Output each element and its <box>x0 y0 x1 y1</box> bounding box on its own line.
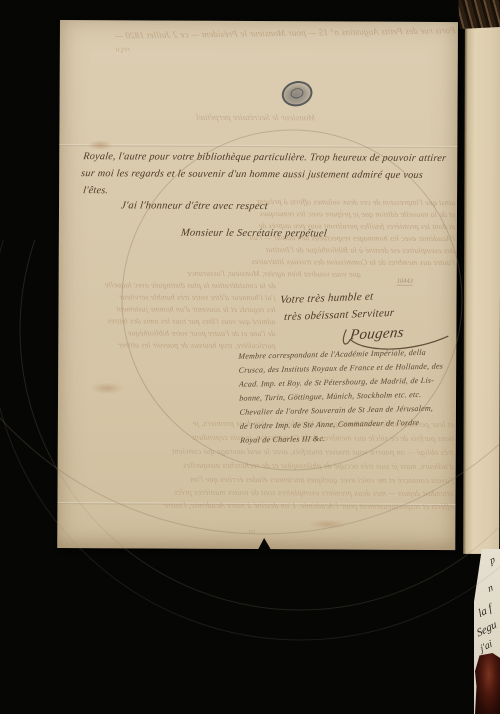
showthrough-addressee-echo: Monsieur le Secrétaire perpétuel <box>157 112 316 123</box>
valediction-line: J'ai l'honneur d'être avec respect <box>120 200 371 212</box>
wax-seal <box>475 653 500 714</box>
signature: Pougens <box>349 322 462 344</box>
fragment-stroke: Segu <box>475 618 498 640</box>
showthrough-line: de l'une et de l'autre pour votre biblio… <box>60 328 276 338</box>
showthrough-line: que vous voudrez bien agréer, Monsieur, … <box>60 268 361 279</box>
showthrough-date-mark: reçu <box>89 44 130 53</box>
manuscript-scan: Paris rue des Petits Augustins n° 15 — p… <box>0 0 500 714</box>
titles-line: Chevalier de l'ordre Souverain de St Jea… <box>239 403 458 417</box>
body-line: Royale, l'autre pour votre bibliothèque … <box>83 151 458 164</box>
showthrough-line: j'avais consacré et me voici avec quelqu… <box>59 474 454 485</box>
showthrough-line: l'autre aux membres de la Commission des… <box>60 256 455 267</box>
showthrough-left-block: ainsi que l'impression de ces deux volum… <box>60 20 458 22</box>
paper-stain <box>87 140 113 150</box>
showthrough-line: attendait depuis — mes deux premiers exe… <box>59 487 454 498</box>
closing-line: Votre très humble et <box>280 287 461 306</box>
archival-number-mark: 10443 <box>397 278 413 286</box>
titles-line: Acad. Imp. et Roy. de St Pétersbourg, de… <box>239 375 458 389</box>
showthrough-line: les regards et le souvenir d'un homme ju… <box>60 304 276 314</box>
fold-crease-upper <box>59 144 457 148</box>
showthrough-line: de la considération la plus distinguée a… <box>60 280 276 290</box>
showthrough-line: des exemplaires est destiné à la Bibliot… <box>60 244 455 255</box>
addressee-line: Monsieur le Secrétaire perpétuel <box>180 228 401 240</box>
titles-line: bonne, Turin, Göttingue, Münich, Stockho… <box>239 389 458 403</box>
titles-line: Crusca, des Instituts Royaux de France e… <box>238 361 457 375</box>
fragment-stroke: la f <box>477 602 493 620</box>
showthrough-line: offerts et respectueusement pour l'Acadé… <box>59 500 454 511</box>
body-line: sur moi les regards et le souvenir d'un … <box>81 168 456 181</box>
paper-stain <box>90 382 124 394</box>
paper-stain <box>307 519 347 529</box>
showthrough-line: très obligé — on pourra vous trouver tou… <box>59 446 454 457</box>
titles-line: Royal de Charles III &c. <box>240 433 361 445</box>
fragment-stroke: j'ai <box>479 638 494 655</box>
showthrough-line: admiré que vous l'êtes par tous les amis… <box>60 316 276 326</box>
showthrough-date-line: Paris rue des Petits Augustins n° 15 — p… <box>84 25 456 41</box>
closing-line: très obéissant Serviteur <box>284 304 465 323</box>
adjacent-page-edge <box>463 22 500 554</box>
showthrough-line: particulière, trop heureux de pouvoir le… <box>60 340 276 350</box>
showthrough-line: j'ai l'honneur d'être votre très humble … <box>60 292 276 302</box>
showthrough-mark: vu <box>233 527 256 535</box>
collection-ink-stamp-icon <box>279 78 315 110</box>
letter-page: Paris rue des Petits Augustins n° 15 — p… <box>57 20 458 550</box>
showthrough-line: d'ailleurs, mais je suis très occupé de … <box>59 460 454 471</box>
binding-leather <box>458 0 500 29</box>
fragment-stroke: n <box>487 582 495 595</box>
body-line: l'êtes. <box>83 185 458 198</box>
stamp-inner-ring <box>289 87 304 100</box>
showthrough-bottom-block: et leur permettent de la bibliothèque de… <box>60 20 458 22</box>
fragment-stroke: p <box>489 554 497 567</box>
